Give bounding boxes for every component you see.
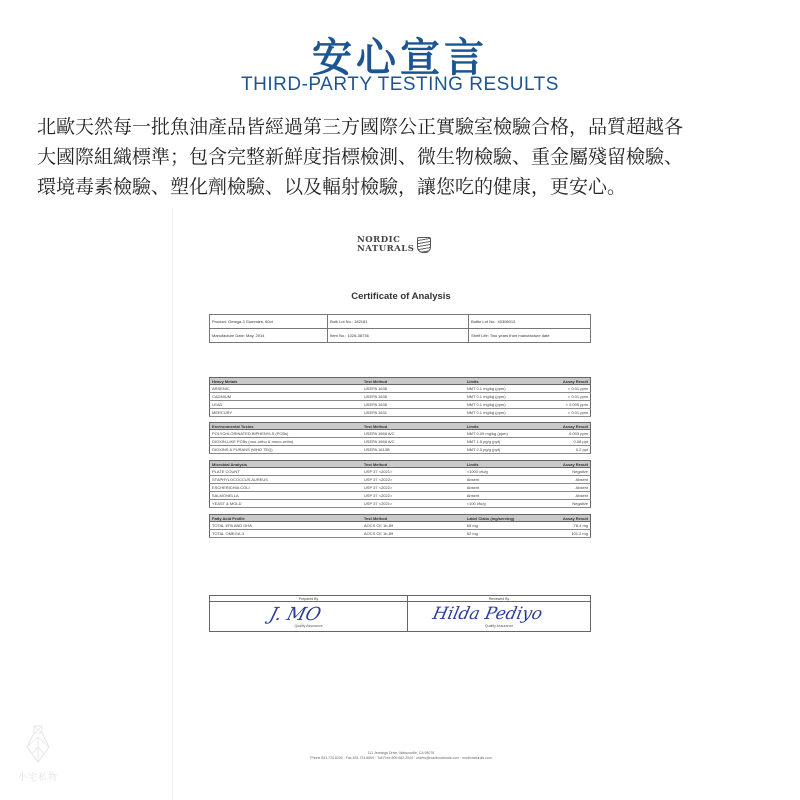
column-header: Limits: [465, 378, 541, 385]
table-cell: TOTAL OMEGA-3: [210, 530, 362, 538]
table-header-row: Fatty Acid ProfileTest MethodLabel Claim…: [210, 515, 591, 522]
table-row: TOTAL OMEGA-3AOCS CE 1b-8982 mg101.2 mg: [210, 530, 591, 538]
table-cell: SALMONELLA: [210, 492, 362, 500]
table-cell: NMT 0.1 mg/kg (ppm): [465, 401, 541, 409]
column-header: Limits: [465, 423, 541, 430]
table-cell: Absent: [465, 476, 541, 484]
table-header-row: Heavy MetalsTest MethodLimitsAssay Resul…: [210, 378, 591, 385]
table-cell: Absent: [541, 476, 591, 484]
prepared-by-cell: J. MO Quality Assurance: [210, 602, 408, 632]
reviewed-role: Quality Assurance: [485, 624, 513, 628]
table-row: ESCHERICHIA COLIUSP 37 <2022>AbsentAbsen…: [210, 484, 591, 492]
table-cell: < 0.01 ppm: [541, 385, 591, 393]
table-row: LEADUSEPA 1638NMT 0.1 mg/kg (ppm)< 0.005…: [210, 401, 591, 409]
column-header: Test Method: [362, 378, 465, 385]
table-row: SALMONELLAUSP 37 <2022>AbsentAbsent: [210, 492, 591, 500]
table-cell: NMT 2.0 pg/g (ppt): [465, 446, 541, 454]
table-cell: USEPA 1613B: [362, 446, 465, 454]
prepared-role: Quality Assurance: [294, 624, 322, 628]
column-header: Assay Result: [541, 378, 591, 385]
table-cell: <100 cfu/g: [465, 500, 541, 508]
table-row: STAPHYLOCOCCUS AUREUSUSP 37 <2022>Absent…: [210, 476, 591, 484]
table-cell: NMT 0.1 mg/kg (ppm): [465, 385, 541, 393]
intro-line: 環境毒素檢驗、塑化劑檢驗、以及輻射檢驗，讓您吃的健康，更安心。: [37, 172, 767, 202]
intro-paragraph: 北歐天然每一批魚油產品皆經過第三方國際公正實驗室檢驗合格，品質超越各 大國際組織…: [37, 112, 767, 202]
table-cell: NMT 0.1 mg/kg (ppm): [465, 393, 541, 401]
table-cell: POLYCHLORINATED BIPHENYLS (PCBs): [210, 430, 362, 438]
table-cell: ESCHERICHIA COLI: [210, 484, 362, 492]
column-header: Environmental Toxins: [210, 423, 362, 430]
column-header: Label Claim (mg/serving): [465, 515, 541, 522]
table-cell: Absent: [465, 484, 541, 492]
column-header: Limits: [465, 461, 541, 468]
bulk-lot: Bulk Lot No.: 182181: [328, 315, 469, 329]
table-cell: 78.4 mg: [541, 522, 591, 530]
table-cell: Absent: [541, 484, 591, 492]
watermark-text: 小宅私物: [16, 770, 60, 783]
table-cell: DIOXIN-LIKE PCBs (non-ortho & mono-ortho…: [210, 438, 362, 446]
column-header: Assay Result: [541, 515, 591, 522]
environmental-toxins-table: Environmental ToxinsTest MethodLimitsAss…: [209, 422, 591, 454]
table-row: DIOXINS & FURANS (WHO TEQ)USEPA 1613BNMT…: [210, 446, 591, 454]
table-cell: NMT 0.09 mg/kg (ppm): [465, 430, 541, 438]
table-cell: AOCS CE 1b-89: [362, 522, 465, 530]
table-cell: USEPA 1638: [362, 401, 465, 409]
table-cell: < 0.01 ppm: [541, 409, 591, 417]
intro-line: 大國際組織標準；包含完整新鮮度指標檢測、微生物檢驗、重金屬殘留檢驗、: [37, 142, 767, 172]
table-cell: USEPA 1668 A/C: [362, 430, 465, 438]
table-cell: CADMIUM: [210, 393, 362, 401]
table-cell: NMT 1.5 pg/g (ppt): [465, 438, 541, 446]
microbial-analysis-table: Microbial AnalysisTest MethodLimitsAssay…: [209, 460, 591, 508]
certificate-of-analysis-scan: NORDIC NATURALS Certificate of Analysis …: [172, 208, 628, 800]
shelf-life: Shelf Life: Two years from manufacture d…: [469, 329, 591, 343]
table-cell: 0.08 ppt: [541, 438, 591, 446]
table-row: ARSENICUSEPA 1638NMT 0.1 mg/kg (ppm)< 0.…: [210, 385, 591, 393]
heavy-metals-table: Heavy MetalsTest MethodLimitsAssay Resul…: [209, 377, 591, 417]
table-cell: NMT 0.1 mg/kg (ppm): [465, 409, 541, 417]
table-header-row: Environmental ToxinsTest MethodLimitsAss…: [210, 423, 591, 430]
reviewed-by-cell: Hilda Pediyo Quality Assurance: [408, 602, 591, 632]
table-cell: USP 37 <2021>: [362, 500, 465, 508]
column-header: Fatty Acid Profile: [210, 515, 362, 522]
table-cell: 65 mg: [465, 522, 541, 530]
table-cell: < 0.005 ppm: [541, 401, 591, 409]
table-cell: TOTAL EPA AND DHA: [210, 522, 362, 530]
table-cell: USP 37 <2021>: [362, 468, 465, 476]
column-header: Test Method: [362, 461, 465, 468]
table-cell: ARSENIC: [210, 385, 362, 393]
table-cell: DIOXINS & FURANS (WHO TEQ): [210, 446, 362, 454]
prepared-signature: J. MO: [267, 604, 323, 625]
table-cell: USP 37 <2022>: [362, 492, 465, 500]
brand-logo: NORDIC NATURALS: [357, 230, 447, 260]
table-cell: PLATE COUNT: [210, 468, 362, 476]
reviewed-signature: Hilda Pediyo: [431, 604, 544, 624]
brand-name-line2: NATURALS: [357, 245, 414, 254]
nordic-naturals-emblem-icon: [417, 237, 431, 253]
watermark: 小宅私物: [16, 725, 60, 783]
company-contact: Phone 831.724.6200 · Fax 831.724.6600 · …: [173, 756, 629, 761]
table-row: CADMIUMUSEPA 1638NMT 0.1 mg/kg (ppm)< 0.…: [210, 393, 591, 401]
table-cell: LEAD: [210, 401, 362, 409]
table-cell: USEPA 1638: [362, 385, 465, 393]
page-subtitle: THIRD-PARTY TESTING RESULTS: [0, 74, 800, 96]
item-number: Item No.: 1026-38736: [328, 329, 469, 343]
fatty-acid-profile-table: Fatty Acid ProfileTest MethodLabel Claim…: [209, 514, 591, 538]
certificate-footer: 111 Jennings Drive, Watsonville, CA 9507…: [173, 751, 629, 761]
table-cell: USP 37 <2022>: [362, 476, 465, 484]
table-cell: 101.2 mg: [541, 530, 591, 538]
column-header: Assay Result: [541, 423, 591, 430]
table-cell: USEPA 1668 A/C: [362, 438, 465, 446]
vase-logo-icon: [25, 725, 51, 763]
column-header: Test Method: [362, 423, 465, 430]
table-header-row: Microbial AnalysisTest MethodLimitsAssay…: [210, 461, 591, 468]
table-cell: Negative: [541, 500, 591, 508]
column-header: Test Method: [362, 515, 465, 522]
column-header: Heavy Metals: [210, 378, 362, 385]
table-cell: 0.003 ppm: [541, 430, 591, 438]
certificate-title: Certificate of Analysis: [173, 291, 629, 302]
table-cell: Absent: [541, 492, 591, 500]
manufacture-date: Manufacture Date: May, 2014: [210, 329, 328, 343]
table-cell: AOCS CE 1b-89: [362, 530, 465, 538]
table-cell: Negative: [541, 468, 591, 476]
table-row: MERCURYUSEPA 1631NMT 0.1 mg/kg (ppm)< 0.…: [210, 409, 591, 417]
table-cell: STAPHYLOCOCCUS AUREUS: [210, 476, 362, 484]
table-cell: YEAST & MOLD: [210, 500, 362, 508]
bottle-lot: Bottle Lot No.: 40306013: [469, 315, 591, 329]
table-row: PLATE COUNTUSP 37 <2021><1000 cfu/gNegat…: [210, 468, 591, 476]
signature-table: Prepared By Reviewed By J. MO Quality As…: [209, 595, 591, 632]
table-cell: < 0.01 ppm: [541, 393, 591, 401]
table-cell: 0.2 ppt: [541, 446, 591, 454]
column-header: Assay Result: [541, 461, 591, 468]
product-info-table: Product: Omega-3 Gummies, 60ct Bulk Lot …: [209, 314, 591, 343]
table-row: POLYCHLORINATED BIPHENYLS (PCBs)USEPA 16…: [210, 430, 591, 438]
table-row: TOTAL EPA AND DHAAOCS CE 1b-8965 mg78.4 …: [210, 522, 591, 530]
table-cell: MERCURY: [210, 409, 362, 417]
table-cell: <1000 cfu/g: [465, 468, 541, 476]
table-cell: USP 37 <2022>: [362, 484, 465, 492]
table-cell: USEPA 1638: [362, 393, 465, 401]
table-row: DIOXIN-LIKE PCBs (non-ortho & mono-ortho…: [210, 438, 591, 446]
column-header: Microbial Analysis: [210, 461, 362, 468]
table-row: YEAST & MOLDUSP 37 <2021><100 cfu/gNegat…: [210, 500, 591, 508]
table-cell: Absent: [465, 492, 541, 500]
table-cell: USEPA 1631: [362, 409, 465, 417]
intro-line: 北歐天然每一批魚油產品皆經過第三方國際公正實驗室檢驗合格，品質超越各: [37, 112, 767, 142]
table-cell: 82 mg: [465, 530, 541, 538]
product-name: Product: Omega-3 Gummies, 60ct: [210, 315, 328, 329]
